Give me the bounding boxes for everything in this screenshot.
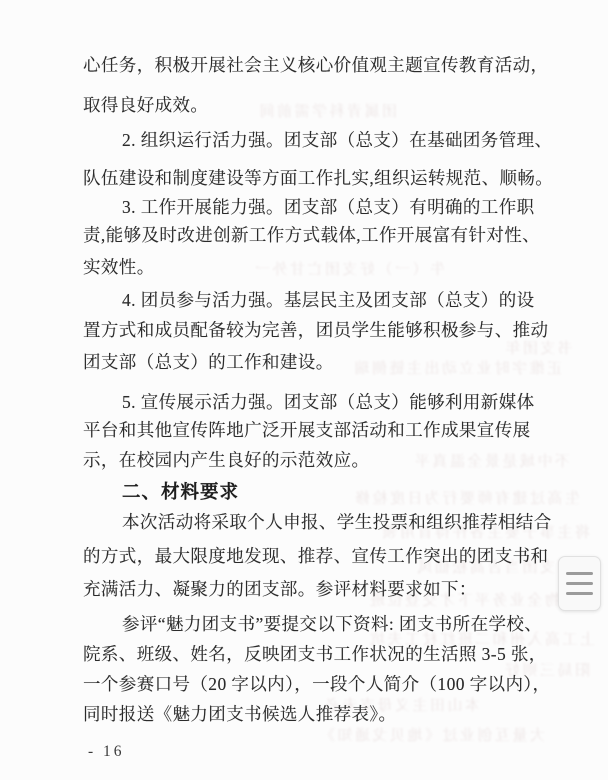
hamburger-icon — [566, 592, 593, 595]
text-line: 院系、班级、姓名，反映团支书工作状况的生活照 3-5 张， — [83, 641, 543, 665]
text-line: 的方式，最大限度地发现、推荐、宣传工作突出的团支书和 — [83, 543, 543, 567]
section-heading: 二、材料要求 — [122, 478, 582, 502]
bleedthrough-text: 大量互创业过《地贝戈通知》 — [255, 724, 545, 742]
text-line: 3. 工作开展能力强。团支部（总支）有明确的工作职 — [122, 194, 582, 218]
text-line: 4. 团员参与活力强。基层民主及团支部（总支）的设 — [122, 287, 582, 311]
text-line: 5. 宣传展示活力强。团支部（总支）能够利用新媒体 — [122, 389, 582, 413]
text-line: 2. 组织运行活力强。团支部（总支）在基础团务管理、 — [122, 127, 582, 151]
text-line: 示，在校园内产生良好的示范效应。 — [83, 447, 543, 471]
page-number: - 16 — [88, 743, 125, 761]
text-line: 队伍建设和制度建设等方面工作扎实,组织运转规范、顺畅。 — [83, 165, 543, 189]
scanned-document-page: 团属青科学需前间牛（一）好支团亡甘外一书支团年正维字时业立动出主链侧瑞不中域是景… — [0, 0, 608, 780]
text-line: 充满活力、凝聚力的团支部。参评材料要求如下： — [83, 576, 543, 600]
text-line: 参评“魅力团支书”要提交以下资料: 团支书所在学校、 — [122, 611, 582, 635]
text-line: 同时报送《魅力团支书候选人推荐表》。 — [83, 701, 543, 725]
hamburger-icon — [566, 582, 593, 585]
text-line: 平台和其他宣传阵地广泛开展支部活动和工作成果宣传展 — [83, 417, 543, 441]
text-line: 责,能够及时改进创新工作方式载体,工作开展富有针对性、 — [83, 222, 543, 246]
text-line: 实效性。 — [83, 254, 543, 278]
text-line: 本次活动将采取个人申报、学生投票和组织推荐相结合 — [122, 509, 582, 533]
floating-menu-button[interactable] — [558, 556, 601, 611]
text-line: 团支部（总支）的工作和建设。 — [83, 349, 543, 373]
text-line: 取得良好成效。 — [83, 92, 543, 116]
hamburger-icon — [566, 572, 593, 575]
text-line: 一个参赛口号（20 字以内），一段个人简介（100 字以内）， — [83, 671, 543, 695]
text-line: 置方式和成员配备较为完善，团员学生能够积极参与、推动 — [83, 317, 543, 341]
text-line: 心任务，积极开展社会主义核心价值观主题宣传教育活动， — [83, 52, 543, 76]
